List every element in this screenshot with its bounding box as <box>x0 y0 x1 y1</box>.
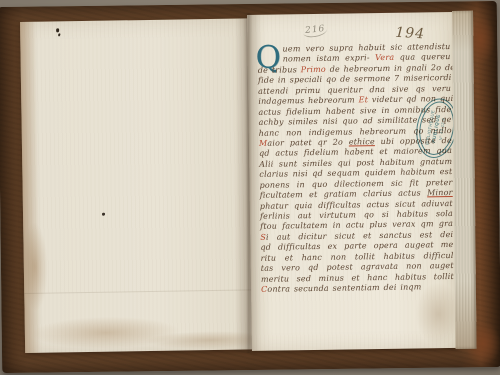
ink-fleck <box>102 213 105 216</box>
ink-fleck <box>58 33 61 36</box>
rubricated-text: Et <box>359 95 369 104</box>
manuscript-word: ficultatem et gratiam clarius actus <box>260 188 428 199</box>
page-crease <box>24 289 252 294</box>
rubricated-text: Minor <box>427 188 453 197</box>
manuscript-word: nomen istam expri- <box>283 54 376 64</box>
rubricated-text: Primo <box>301 65 326 74</box>
rubricated-text: Vera <box>375 53 394 62</box>
manuscript-word: indagemus hebreorum <box>258 96 358 106</box>
manuscript-word: aior patet qr 2o <box>267 137 349 147</box>
rubricated-text: ethice <box>349 137 375 146</box>
right-page: 216 194 Q uem vero supra habuit sic atte… <box>247 12 458 351</box>
stain <box>31 316 181 350</box>
manuscript-word: uem vero supra habuit sic attendistu <box>282 42 450 53</box>
manuscript-word: meritu sed minus et hanc habitus tollit <box>261 272 454 284</box>
fore-edge-page-stack <box>452 11 477 349</box>
photo-backdrop: 216 194 Q uem vero supra habuit sic atte… <box>0 0 500 375</box>
left-page <box>20 18 253 353</box>
stain <box>21 222 48 312</box>
ink-folio-number: 194 <box>395 25 426 43</box>
ink-fleck <box>56 28 59 32</box>
manuscript-word: qua quereu <box>394 52 450 62</box>
manuscript-word: ontra secunda sententiam dei inqm <box>267 283 421 294</box>
manuscript-word: de tribus <box>258 65 301 75</box>
manuscript-text: uem vero supra habuit sic attendistunome… <box>257 42 454 295</box>
manuscript-word: de hebreorum in gnali 2o de <box>326 63 455 74</box>
pencil-folio-number: 216 <box>303 24 328 38</box>
